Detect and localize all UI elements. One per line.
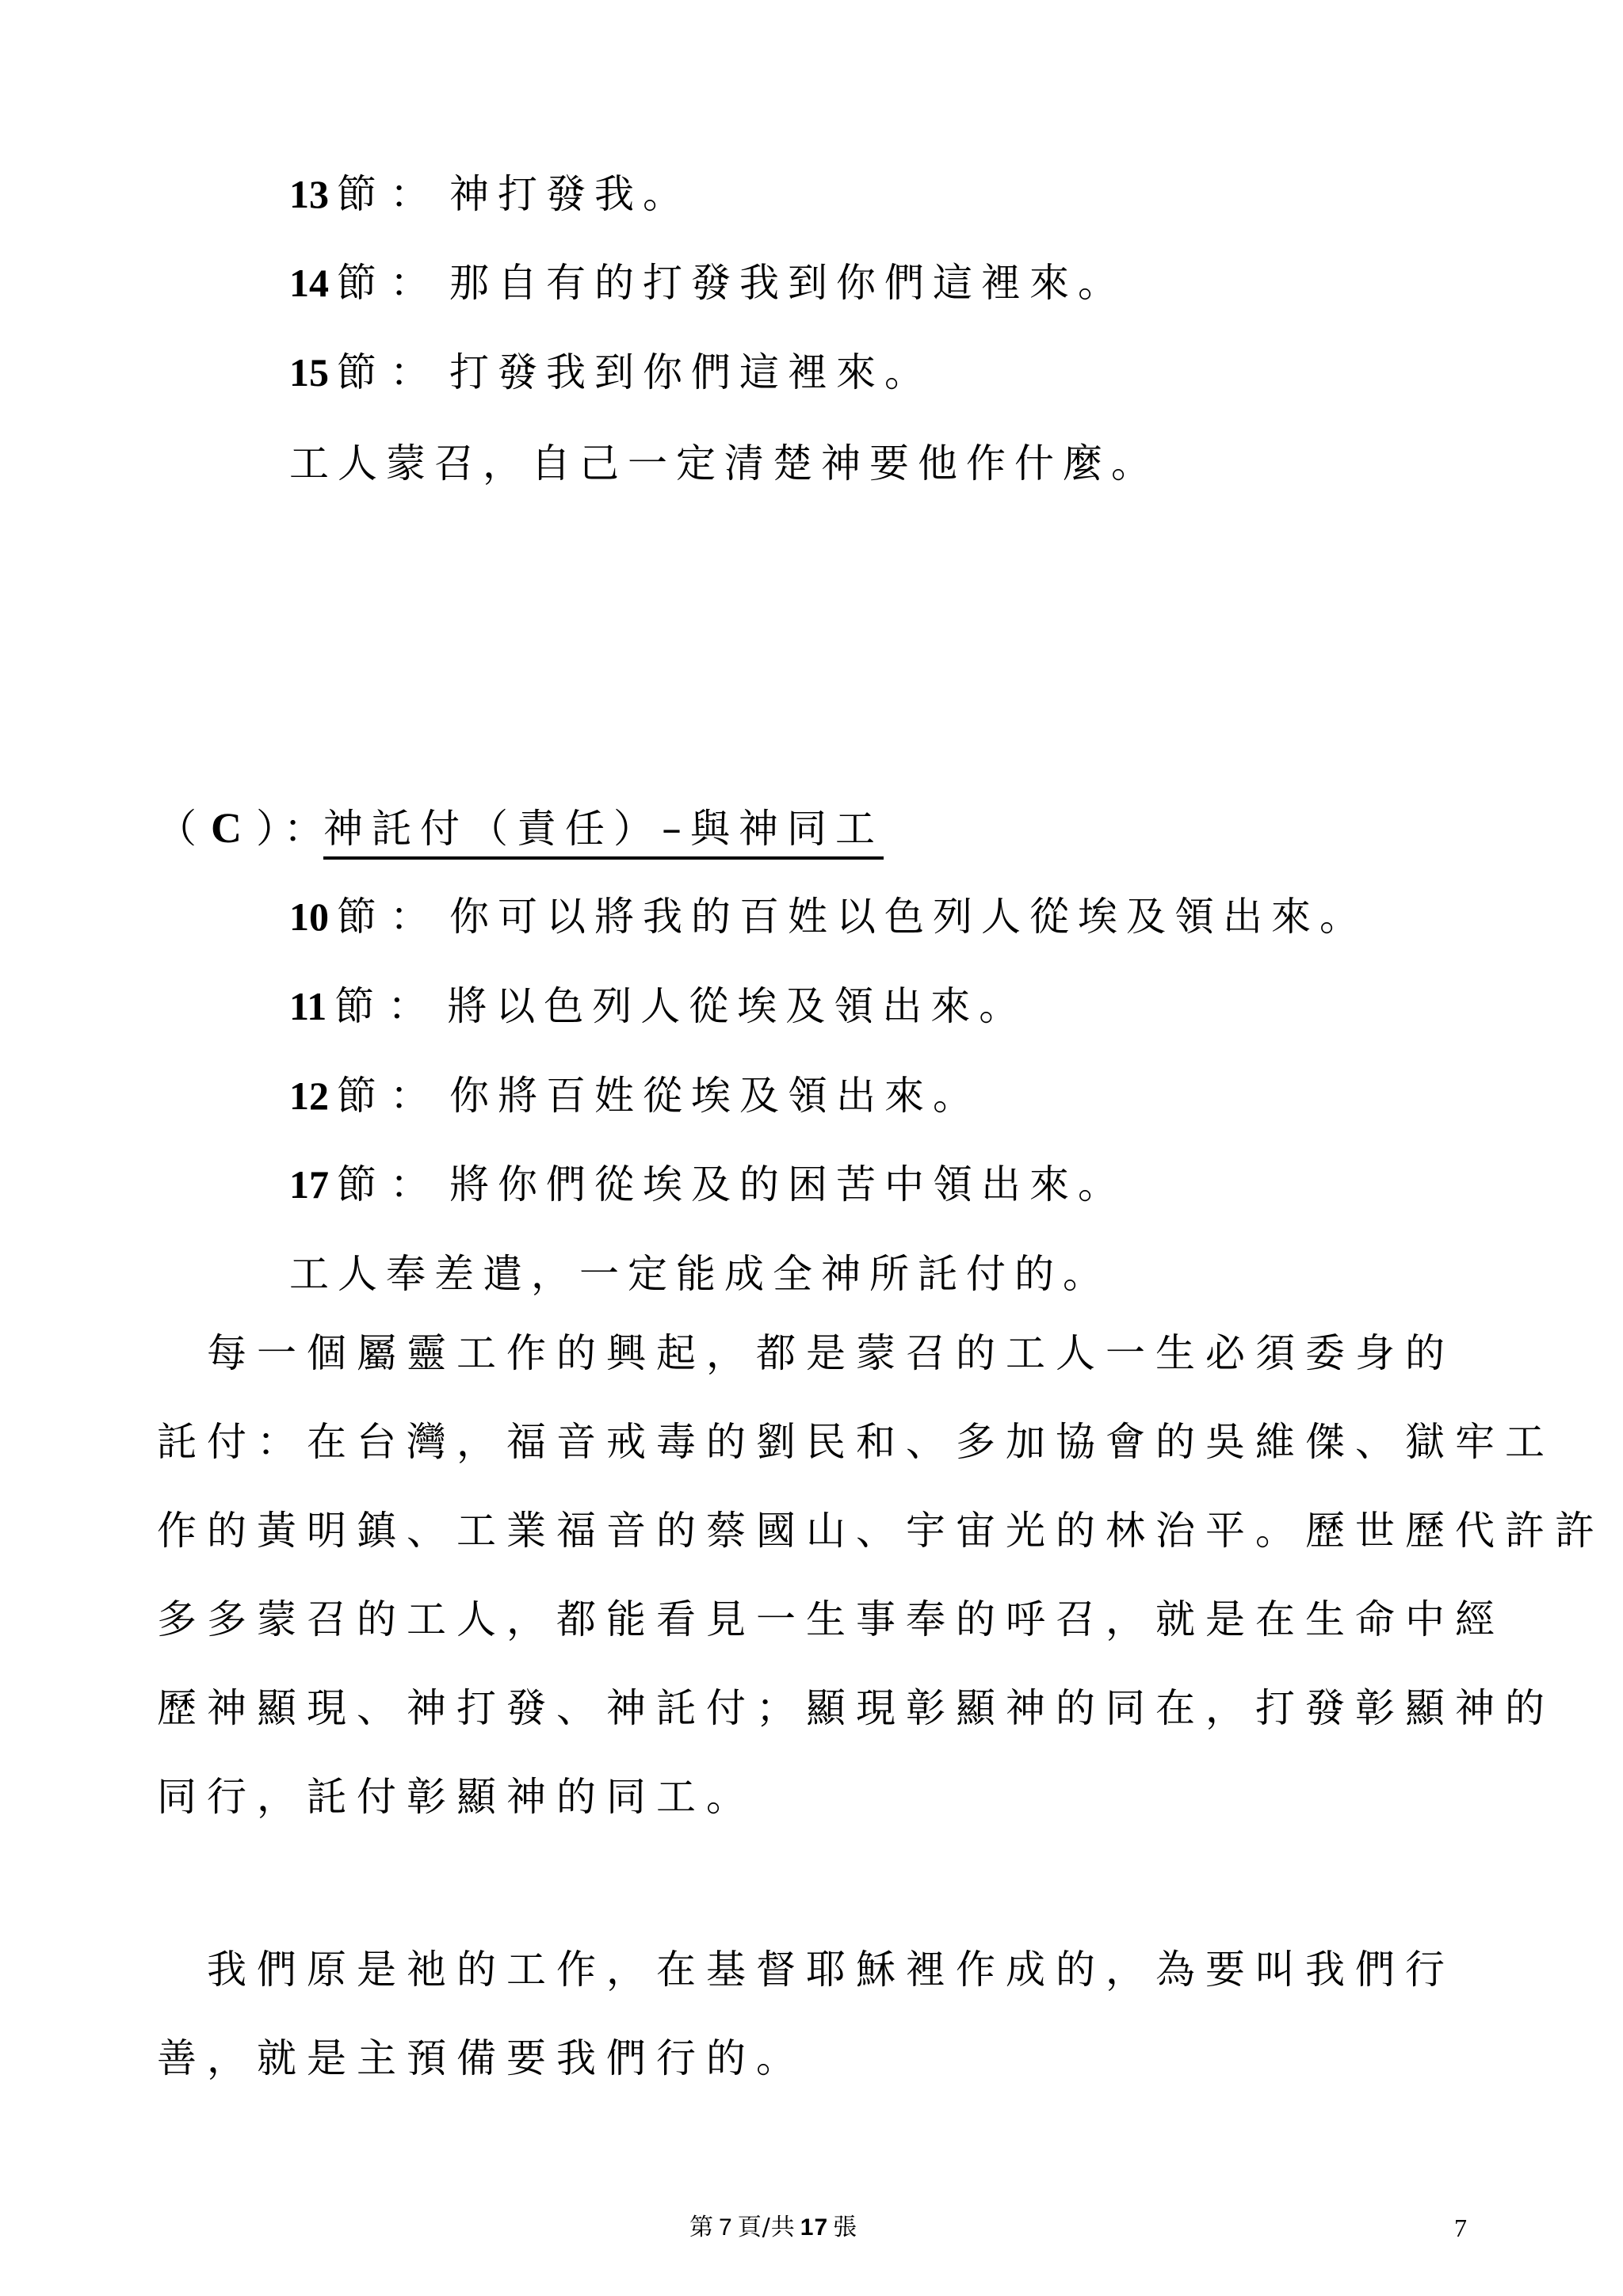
verse-separator: ： — [390, 1073, 438, 1119]
paragraph-line: 每一個屬靈工作的興起，都是蒙召的工人一生必須委身的 — [157, 1309, 1472, 1398]
paragraph-line: 作的黃明鎮、工業福音的蔡國山、宇宙光的林治平。歷世歷代許許 — [157, 1486, 1472, 1575]
verse-separator: ： — [390, 1161, 438, 1207]
section-b-summary: 工人蒙召，自己一定清楚神要他作什麼。 — [289, 440, 1159, 487]
verse-number: 11 — [289, 984, 327, 1028]
paragraph-line: 同行，託付彰顯神的同工。 — [157, 1753, 1472, 1841]
verse-text: 你可以將我的百姓以色列人從埃及領出來。 — [449, 894, 1368, 940]
verse-number: 17 — [289, 1162, 329, 1207]
document-page: 13節：神打發我。 14節：那自有的打發我到你們這裡來。 15節：打發我到你們這… — [0, 0, 1623, 2296]
footer-page-unit: 頁/共 — [738, 2214, 796, 2241]
body-paragraph-2: 我們原是祂的工作，在基督耶穌裡作成的，為要叫我們行 善，就是主預備要我們行的。 — [157, 1925, 1472, 2103]
verse-unit: 節 — [337, 1161, 385, 1207]
section-letter: C — [211, 804, 242, 852]
verse-separator: ： — [390, 171, 438, 217]
paragraph-line: 我們原是祂的工作，在基督耶穌裡作成的，為要叫我們行 — [157, 1925, 1472, 2014]
verse-unit: 節 — [337, 260, 385, 306]
verse-unit: 節 — [337, 171, 385, 217]
footer-total-unit: 張 — [833, 2214, 857, 2241]
paragraph-line: 歷神顯現、神打發、神託付；顯現彰顯神的同在，打發彰顯神的 — [157, 1664, 1472, 1753]
verse-line-13: 13節：神打發我。 — [289, 170, 691, 218]
verse-number: 15 — [289, 350, 329, 395]
body-paragraph-1: 每一個屬靈工作的興起，都是蒙召的工人一生必須委身的 託付：在台灣，福音戒毒的劉民… — [157, 1309, 1472, 1841]
footer-current-page: 7 — [719, 2214, 733, 2241]
verse-unit: 節 — [337, 349, 385, 395]
section-label: （C）： — [157, 807, 323, 851]
paren-open: （ — [157, 807, 197, 851]
page-number: 7 — [1454, 2212, 1467, 2244]
verse-line-14: 14節：那自有的打發我到你們這裡來。 — [289, 259, 1126, 307]
verse-line-10: 10節：你可以將我的百姓以色列人從埃及領出來。 — [289, 893, 1368, 940]
verse-number: 10 — [289, 894, 329, 939]
verse-unit: 節 — [337, 1073, 385, 1119]
verse-separator: ： — [390, 260, 438, 306]
verse-line-11: 11節：將以色列人從埃及領出來。 — [289, 982, 1027, 1030]
footer-total-pages: 17 — [800, 2214, 828, 2241]
paren-close: ） — [256, 807, 276, 851]
paragraph-line: 多多蒙召的工人，都能看見一生事奉的呼召，就是在生命中經 — [157, 1575, 1472, 1664]
verse-text: 將你們從埃及的困苦中領出來。 — [449, 1161, 1126, 1207]
verse-separator: ： — [388, 983, 436, 1029]
verse-number: 14 — [289, 261, 329, 305]
verse-number: 12 — [289, 1074, 329, 1118]
verse-line-12: 12節：你將百姓從埃及領出來。 — [289, 1072, 981, 1119]
page-footer-count: 第7頁/共17張 — [689, 2212, 857, 2244]
section-title: 神託付（責任）–與神同工 — [323, 806, 884, 860]
verse-separator: ： — [390, 349, 438, 395]
verse-text: 神打發我。 — [449, 171, 691, 217]
verse-text: 你將百姓從埃及領出來。 — [449, 1073, 981, 1119]
verse-line-15: 15節：打發我到你們這裡來。 — [289, 349, 933, 396]
footer-prefix: 第 — [689, 2214, 714, 2241]
paragraph-line: 託付：在台灣，福音戒毒的劉民和、多加協會的吳維傑、獄牢工 — [157, 1398, 1472, 1486]
verse-separator: ： — [390, 894, 438, 940]
verse-unit: 節 — [334, 983, 383, 1029]
section-c-heading: （C）：神託付（責任）–與神同工 — [157, 804, 884, 852]
section-c-summary: 工人奉差遣，一定能成全神所託付的。 — [289, 1250, 1111, 1298]
verse-unit: 節 — [337, 894, 385, 940]
verse-text: 那自有的打發我到你們這裡來。 — [449, 260, 1126, 306]
verse-text: 打發我到你們這裡來。 — [449, 349, 933, 395]
verse-line-17: 17節：將你們從埃及的困苦中領出來。 — [289, 1161, 1126, 1208]
paragraph-line: 善，就是主預備要我們行的。 — [157, 2014, 1472, 2103]
heading-colon: ： — [284, 807, 323, 851]
verse-text: 將以色列人從埃及領出來。 — [447, 983, 1027, 1029]
verse-number: 13 — [289, 172, 329, 216]
